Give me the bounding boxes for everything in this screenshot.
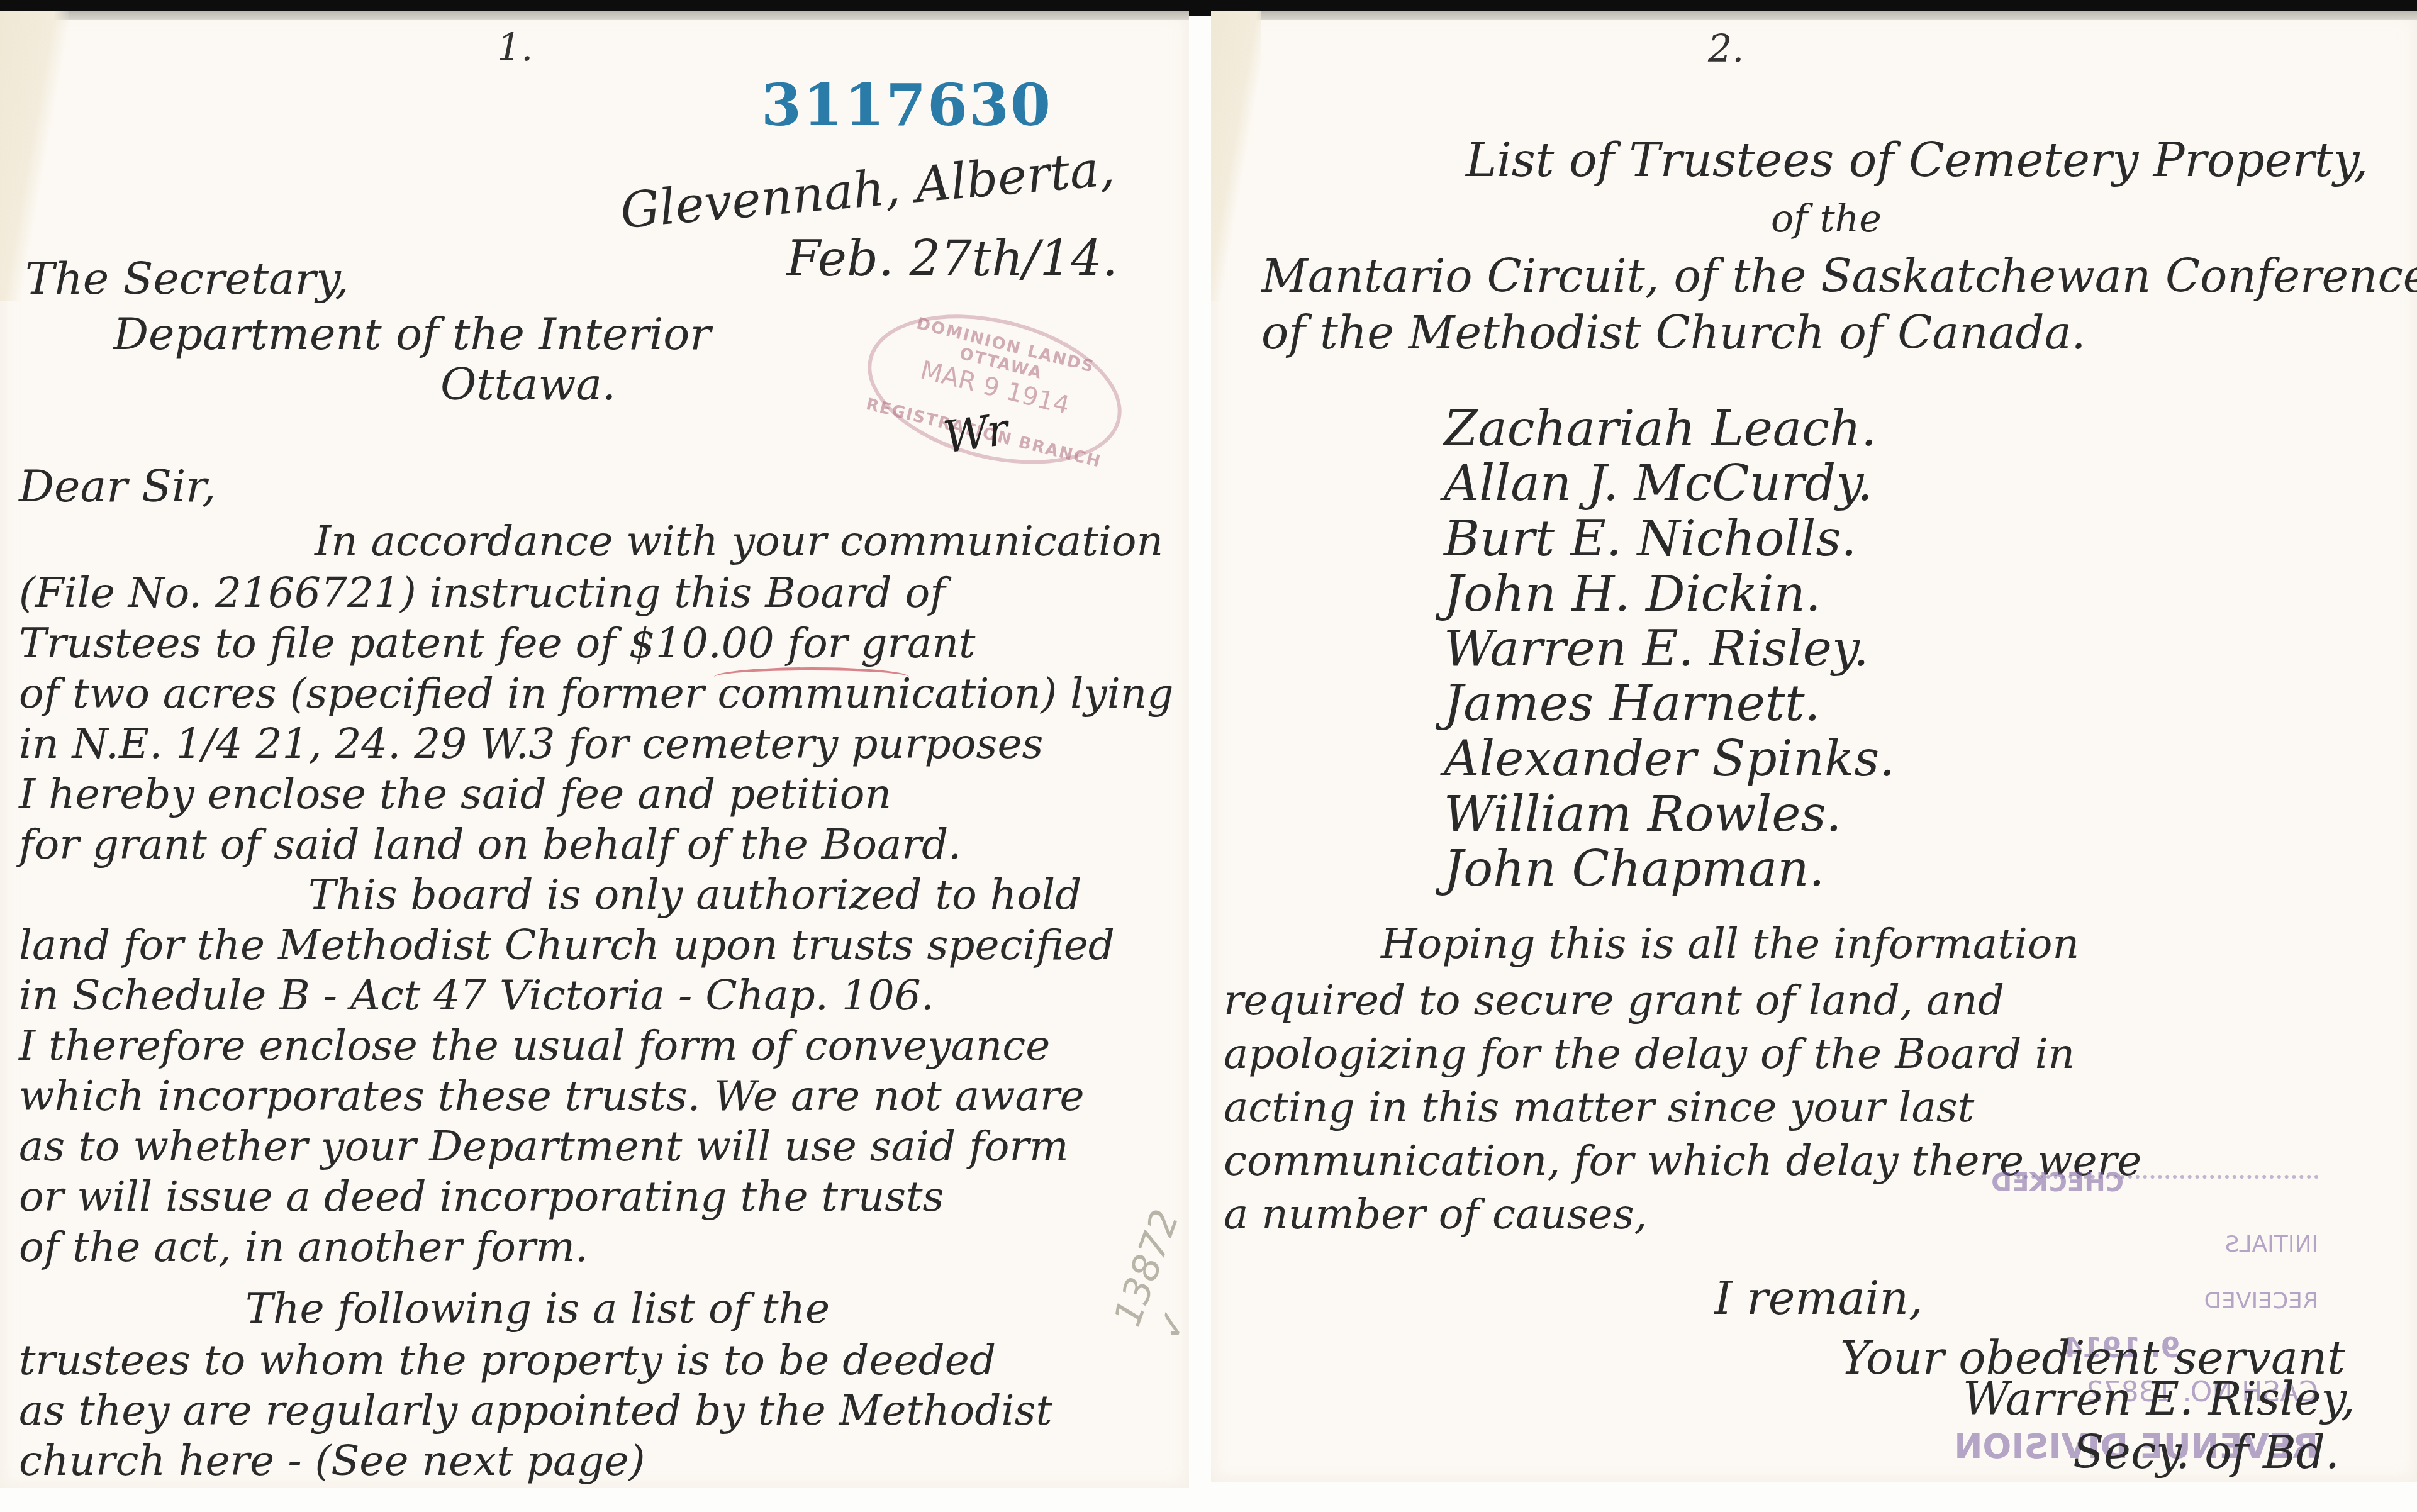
salutation: Dear Sir, [19, 464, 216, 508]
body-line: in N.E. 1/4 21, 24. 29 W.3 for cemetery … [19, 723, 1043, 765]
page-top-edge [0, 11, 1189, 20]
closing-line: required to secure grant of land, and [1224, 980, 2004, 1021]
body-line: for grant of said land on behalf of the … [19, 824, 961, 865]
body-line: trustees to whom the property is to be d… [19, 1340, 996, 1381]
body-line: church here - (See next page) [19, 1440, 645, 1482]
body-line: or will issue a deed incorporating the t… [19, 1176, 944, 1218]
closing-line: acting in this matter since your last [1224, 1087, 1974, 1128]
body-line: I therefore enclose the usual form of co… [19, 1025, 1050, 1067]
signature: Warren E. Risley, [1963, 1376, 2355, 1421]
trustee-name: James Harnett. [1444, 679, 1820, 728]
body-line: as they are regularly appointed by the M… [19, 1390, 1052, 1431]
body-line: Trustees to file patent fee of $10.00 fo… [19, 623, 975, 664]
trustee-name: William Rowles. [1444, 790, 1841, 839]
trustee-name: Alexander Spinks. [1444, 735, 1895, 784]
clerk-initials: Wr [941, 403, 1012, 463]
heading-line-4: of the Methodist Church of Canada. [1261, 310, 2085, 355]
closing-line: apologizing for the delay of the Board i… [1224, 1033, 2075, 1075]
heading-line-2: of the [1771, 200, 1882, 238]
body-line: In accordance with your communication [315, 521, 1163, 562]
trustee-name: Warren E. Risley. [1444, 625, 1869, 674]
trustee-name: John H. Dickin. [1444, 570, 1821, 619]
body-line: of the act, in another form. [19, 1226, 588, 1268]
letter-page-2: 2. List of Trustees of Cemetery Property… [1211, 11, 2417, 1482]
trustee-name: Burt E. Nicholls. [1444, 514, 1856, 564]
addressee-line-3: Ottawa. [440, 362, 616, 406]
closing-line: Hoping this is all the information [1381, 923, 2079, 965]
body-line: This board is only authorized to hold [308, 874, 1081, 916]
body-line: which incorporates these trusts. We are … [19, 1076, 1085, 1117]
heading-line-3: Mantario Circuit, of the Saskatchewan Co… [1261, 253, 2417, 299]
registration-branch-stamp: DOMINION LANDS OTTAWA MAR 9 1914 REGISTR… [852, 290, 1137, 488]
red-pencil-mark [714, 667, 909, 687]
trustee-name: Zachariah Leach. [1444, 404, 1877, 453]
page-number: 1. [497, 29, 533, 67]
addressee-line-1: The Secretary, [25, 257, 349, 301]
trustee-name: Allan J. McCurdy. [1444, 459, 1873, 508]
body-line: I hereby enclose the said fee and petiti… [19, 774, 891, 815]
body-line: The following is a list of the [245, 1288, 830, 1330]
stamp-text: RECEIVED [2204, 1288, 2318, 1314]
body-line: in Schedule B - Act 47 Victoria - Chap. … [19, 975, 934, 1016]
letter-page-1: 1. 3117630 Glevennah, Alberta, Feb. 27th… [0, 11, 1189, 1488]
page-top-edge [1211, 11, 2417, 20]
page-corner-fold [1211, 11, 1261, 301]
body-line: land for the Methodist Church upon trust… [19, 925, 1115, 966]
closing-line: a number of causes, [1224, 1194, 1648, 1235]
trustee-name: John Chapman. [1444, 845, 1824, 894]
valediction: I remain, [1714, 1276, 1923, 1321]
signatory-title: Secy. of Bd. [2073, 1430, 2340, 1475]
file-number-stamp: 3117630 [761, 71, 1052, 139]
body-line: (File No. 2166721) instructing this Boar… [19, 572, 946, 614]
addressee-line-2: Department of the Interior [113, 312, 711, 356]
heading-line-1: List of Trustees of Cemetery Property, [1466, 137, 2368, 184]
body-line: as to whether your Department will use s… [19, 1126, 1069, 1167]
stamp-text: CHECKED [1991, 1169, 2124, 1198]
letter-place: Glevennah, Alberta, [618, 144, 1117, 236]
letter-date: Feb. 27th/14. [786, 235, 1118, 284]
stamp-text: INITIALS [2225, 1231, 2318, 1257]
page-number: 2. [1708, 30, 1744, 68]
body-line: of two acres (specified in former commun… [19, 673, 1174, 714]
